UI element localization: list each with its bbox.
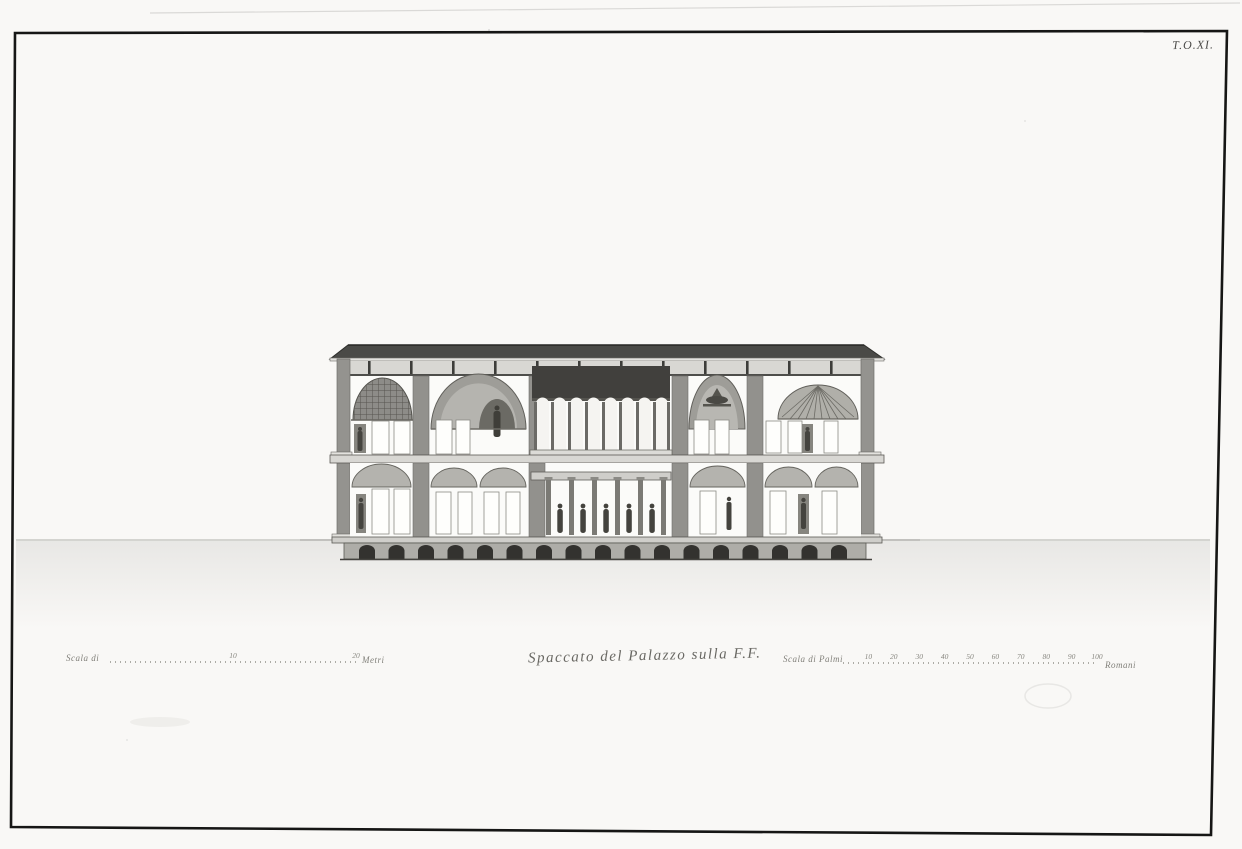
ground-slab xyxy=(332,537,882,543)
scale-tick: 90 xyxy=(1068,652,1076,661)
mid-room-left xyxy=(352,464,411,534)
floor-slab xyxy=(330,455,884,463)
scale-tick: 30 xyxy=(915,652,923,661)
right-scale-unit: Romani xyxy=(1105,660,1136,670)
scale-tick: 40 xyxy=(941,652,949,661)
left-scale-ruler xyxy=(110,661,356,663)
engraving-plate: T.O.XI. Spaccato del Palazzo sulla F.F. … xyxy=(0,0,1242,849)
engraving-svg xyxy=(0,0,1242,849)
scale-tick: 10 xyxy=(229,651,237,660)
basement-arcade xyxy=(340,543,872,560)
left-scale-unit: Metri xyxy=(362,655,385,665)
scale-tick: 20 xyxy=(352,651,360,660)
right-scale: Scala di Palmi 102030405060708090100 Rom… xyxy=(783,650,1153,676)
plate-number: T.O.XI. xyxy=(1148,37,1214,53)
building-section xyxy=(330,345,884,560)
scale-tick: 60 xyxy=(992,652,1000,661)
statue xyxy=(494,411,501,437)
statue xyxy=(727,502,732,530)
left-scale: Scala di 1020 Metri xyxy=(66,649,396,675)
left-scale-ticks: 1020 xyxy=(110,649,356,661)
scale-tick: 10 xyxy=(865,652,873,661)
right-scale-ticks: 102030405060708090100 xyxy=(843,650,1097,662)
scale-tick: 20 xyxy=(890,652,898,661)
statue xyxy=(805,431,810,451)
scale-tick: 50 xyxy=(966,652,974,661)
roof xyxy=(330,345,884,361)
upper-room-right xyxy=(766,421,838,453)
scale-tick: 100 xyxy=(1091,652,1102,661)
statue xyxy=(359,503,364,529)
upper-room-left xyxy=(354,421,410,454)
right-scale-label: Scala di Palmi xyxy=(783,654,843,664)
scale-tick: 80 xyxy=(1042,652,1050,661)
left-scale-label: Scala di xyxy=(66,653,99,663)
statue xyxy=(801,503,806,529)
right-scale-ruler xyxy=(843,662,1097,664)
scale-tick: 70 xyxy=(1017,652,1025,661)
